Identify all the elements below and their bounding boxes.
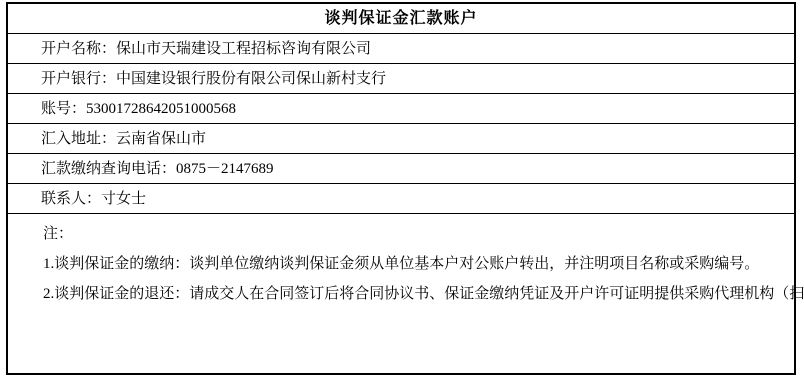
row-bank-name: 开户银行：中国建设银行股份有限公司保山新村支行 — [8, 64, 794, 94]
bank-name-label: 开户银行： — [41, 71, 116, 87]
row-account-number: 账号：53001728642051000568 — [8, 94, 794, 124]
table-title: 谈判保证金汇款账户 — [324, 10, 477, 27]
remittance-account-table: 谈判保证金汇款账户 开户名称：保山市天瑞建设工程招标咨询有限公司 开户银行：中国… — [6, 2, 796, 375]
remit-address-value: 云南省保山市 — [116, 131, 206, 147]
note-item-2-text-before: 2.谈判保证金的退还：请成交人在合同签订后将合同协议书、保证金缴纳凭证及开户许可… — [43, 286, 804, 302]
table-title-row: 谈判保证金汇款账户 — [8, 4, 794, 34]
row-contact-person: 联系人：寸女士 — [8, 184, 794, 214]
row-account-name: 开户名称：保山市天瑞建设工程招标咨询有限公司 — [8, 34, 794, 64]
row-inquiry-phone: 汇款缴纳查询电话：0875－2147689 — [8, 154, 794, 184]
contact-person-label: 联系人： — [41, 191, 101, 207]
account-number-value: 53001728642051000568 — [86, 101, 236, 117]
account-name-label: 开户名称： — [41, 41, 116, 57]
bank-name-value: 中国建设银行股份有限公司保山新村支行 — [116, 71, 386, 87]
contact-person-value: 寸女士 — [101, 191, 146, 207]
account-number-label: 账号： — [41, 101, 86, 117]
row-remit-address: 汇入地址：云南省保山市 — [8, 124, 794, 154]
row-notes: 注： 1.谈判保证金的缴纳：谈判单位缴纳谈判保证金须从单位基本户对公账户转出，并… — [8, 214, 794, 373]
inquiry-phone-value: 0875－2147689 — [176, 161, 274, 177]
remit-address-label: 汇入地址： — [41, 131, 116, 147]
notes-heading: 注： — [4, 219, 790, 249]
inquiry-phone-label: 汇款缴纳查询电话： — [41, 161, 176, 177]
note-item-2: 2.谈判保证金的退还：请成交人在合同签订后将合同协议书、保证金缴纳凭证及开户许可… — [4, 279, 790, 309]
account-name-value: 保山市天瑞建设工程招标咨询有限公司 — [116, 41, 371, 57]
note-item-1: 1.谈判保证金的缴纳：谈判单位缴纳谈判保证金须从单位基本户对公账户转出，并注明项… — [4, 249, 790, 279]
